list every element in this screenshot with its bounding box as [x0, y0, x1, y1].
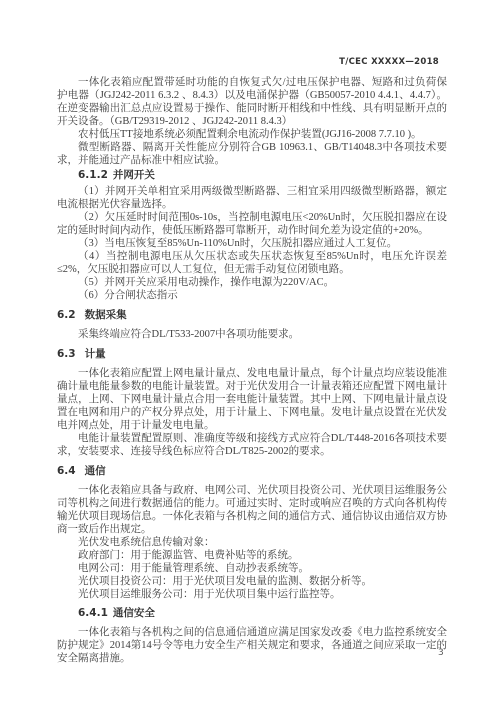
paragraph-metering-points: 一体化表箱应配置上网电量计量点、发电电量计量点，每个计量点均应装设能准确计量电能…	[57, 367, 447, 432]
list-item-1: （1）并网开关单相宜采用两级微型断路器、三相宜采用四级微型断路器，额定电流根据光…	[57, 185, 447, 211]
heading-number: 6.4.1	[78, 607, 108, 619]
heading-number: 6.4	[57, 465, 76, 477]
document-body: 一体化表箱应配置带延时功能的自恢复式欠/过电压保护电器、短路和过负荷保护电器（J…	[57, 76, 447, 665]
paragraph-om-company: 光伏项目运维服务公司：用于光伏项目集中运行监控等。	[57, 588, 447, 601]
paragraph-investment-company: 光伏项目投资公司：用于光伏项目发电量的监测、数据分析等。	[57, 575, 447, 588]
paragraph-government: 政府部门：用于能源监管、电费补贴等的系统。	[57, 549, 447, 562]
paragraph-protection-devices: 一体化表箱应配置带延时功能的自恢复式欠/过电压保护电器、短路和过负荷保护电器（J…	[57, 76, 447, 128]
heading-6-2-data-collection: 6.2数据采集	[57, 309, 447, 322]
heading-title: 计量	[85, 348, 106, 360]
heading-title: 通信	[85, 465, 106, 477]
paragraph-collection-terminal: 采集终端应符合DL/T533-2007中各项功能要求。	[57, 328, 447, 341]
list-item-6: （6）分合闸状态指示	[57, 289, 447, 302]
heading-number: 6.1.2	[78, 169, 108, 181]
list-item-2: （2）欠压延时时间范围0s-10s，当控制电源电压<20%Un时，欠压脱扣器应在…	[57, 211, 447, 237]
paragraph-communication-capability: 一体化表箱应具备与政府、电网公司、光伏项目投资公司、光伏项目运维服务公司等机构之…	[57, 484, 447, 536]
document-page: T/CEC XXXXX—2018 一体化表箱应配置带延时功能的自恢复式欠/过电压…	[0, 0, 500, 707]
list-item-3: （3）当电压恢复至85%Un-110%Un时，欠压脱扣器应通过人工复位。	[57, 237, 447, 250]
paragraph-security-requirements: 一体化表箱与各机构之间的信息通信通道应满足国家发改委《电力监控系统安全防护规定》…	[57, 626, 447, 665]
paragraph-breaker-standards: 微型断路器、隔离开关性能应分别符合GB 10963.1、GB/T14048.3中…	[57, 141, 447, 167]
heading-title: 数据采集	[85, 309, 127, 321]
standard-number-header: T/CEC XXXXX—2018	[339, 57, 439, 67]
heading-number: 6.2	[57, 309, 76, 321]
heading-6-3-metering: 6.3计量	[57, 348, 447, 361]
paragraph-transmission-targets: 光伏发电系统信息传输对象：	[57, 536, 447, 549]
list-item-5: （5）并网开关应采用电动操作，操作电源为220V/AC。	[57, 276, 447, 289]
paragraph-grid-company: 电网公司：用于能量管理系统、自动抄表系统等。	[57, 562, 447, 575]
heading-6-4-1-communication-security: 6.4.1通信安全	[57, 607, 447, 620]
heading-6-1-2-grid-switch: 6.1.2并网开关	[57, 169, 447, 182]
list-item-4: （4）当控制电源电压从欠压状态或失压状态恢复至85%Un时，电压允许误差≤2%，…	[57, 250, 447, 276]
heading-title: 并网开关	[113, 169, 155, 181]
heading-6-4-communication: 6.4通信	[57, 465, 447, 478]
page-number: 3	[438, 648, 444, 658]
paragraph-metering-standards: 电能计量装置配置原则、准确度等级和接线方式应符合DL/T448-2016各项技术…	[57, 432, 447, 458]
paragraph-rural-tt-system: 农村低压TT接地系统必须配置剩余电流动作保护装置(JGJ16-2008 7.7.…	[57, 128, 447, 141]
heading-title: 通信安全	[113, 607, 155, 619]
heading-number: 6.3	[57, 348, 76, 360]
